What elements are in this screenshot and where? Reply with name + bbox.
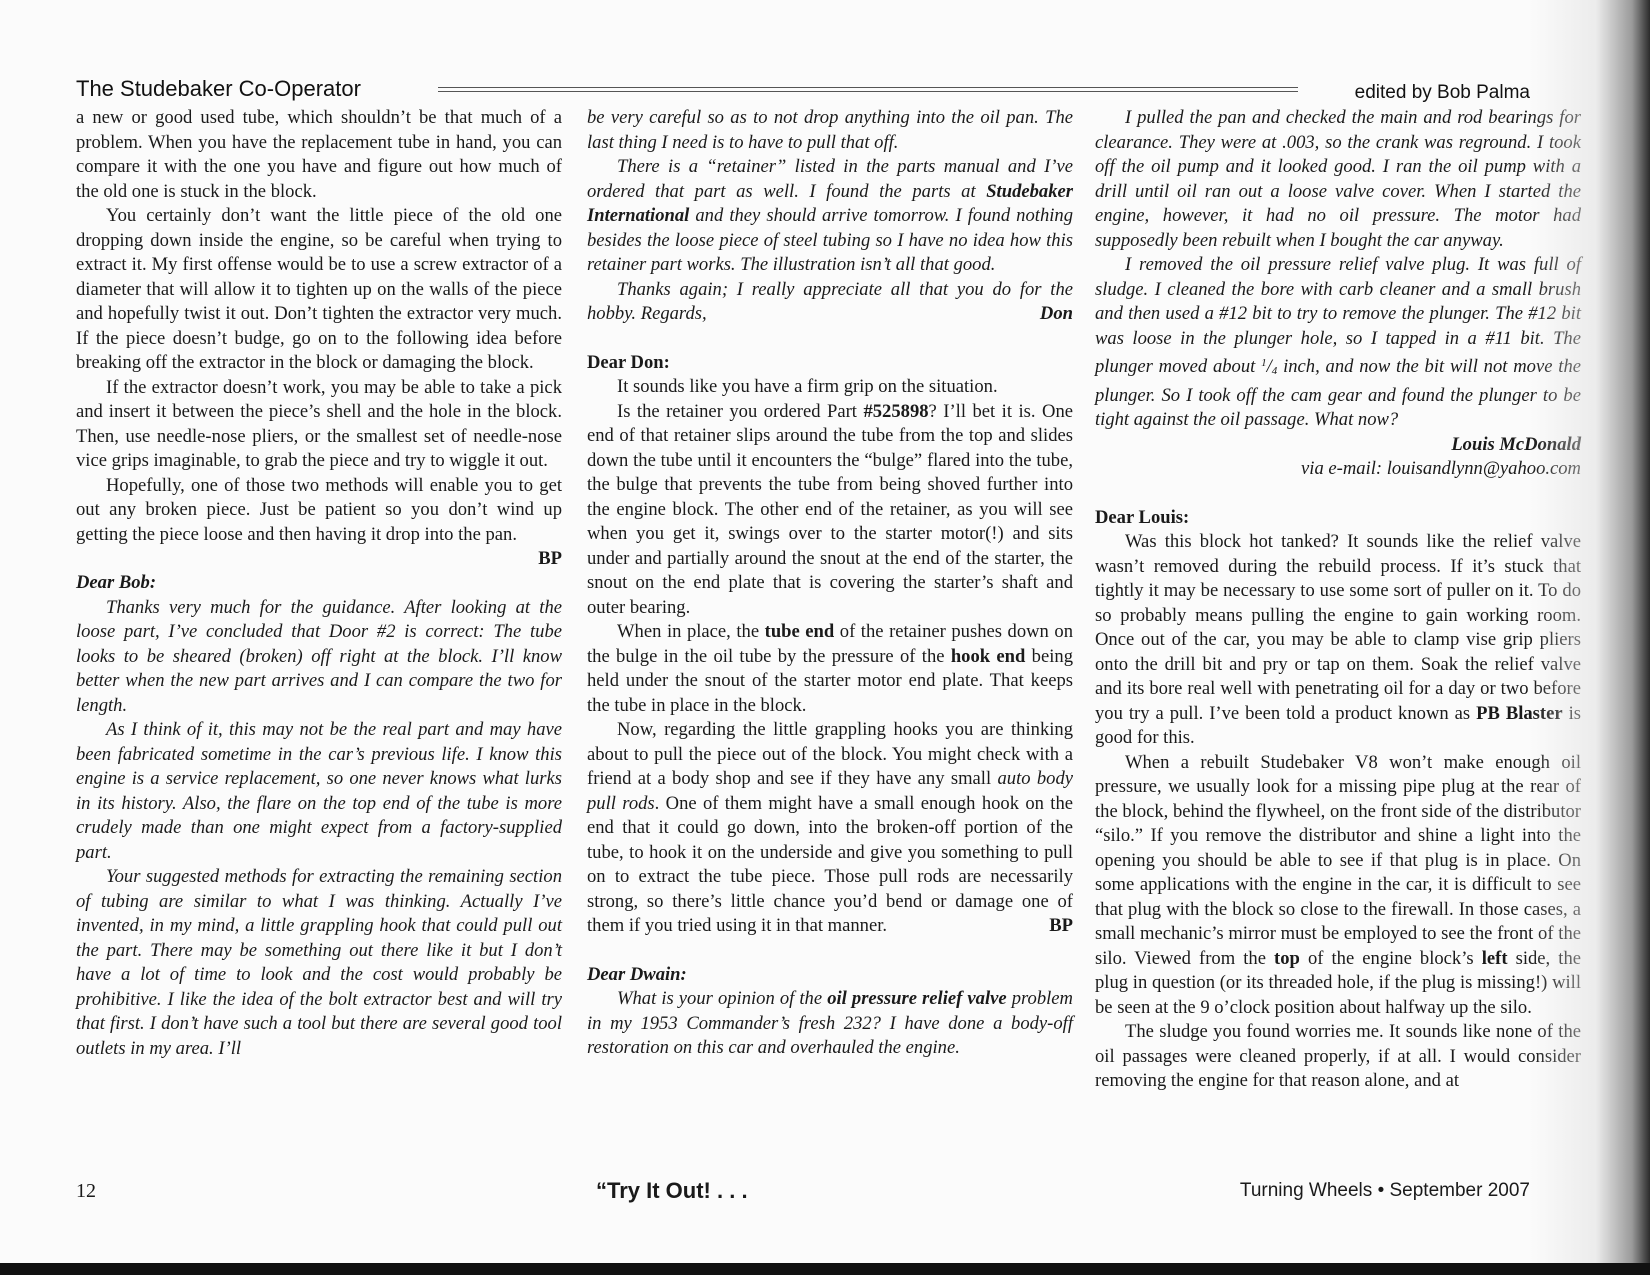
running-header: The Studebaker Co-Operator edited by Bob…: [76, 76, 1530, 106]
text-run: What is your opinion of the: [617, 988, 827, 1009]
text-run: . One of them might have a small enough …: [587, 793, 1073, 937]
letter-paragraph: Thanks again; I really appreciate all th…: [587, 278, 1073, 327]
column-1: a new or good used tube, which shouldn’t…: [76, 106, 562, 1061]
paragraph-text: Hopefully, one of those two methods will…: [76, 475, 562, 545]
paragraph: If the extractor doesn’t work, you may b…: [76, 376, 562, 474]
paragraph: Hopefully, one of those two methods will…: [76, 474, 562, 548]
letter-salutation: Dear Dwain:: [587, 963, 1073, 988]
letter-paragraph: Thanks very much for the guidance. After…: [76, 596, 562, 719]
reply-salutation: Dear Don:: [587, 351, 1073, 376]
paragraph: You certainly don’t want the little piec…: [76, 204, 562, 376]
emphasis: oil pressure relief valve: [827, 988, 1006, 1009]
letter-paragraph: be very careful so as to not drop anythi…: [587, 106, 1073, 155]
signature-don: Don: [1010, 302, 1073, 327]
text-run: When a rebuilt Studebaker V8 won’t make …: [1095, 752, 1581, 969]
scan-edge: [0, 1263, 1650, 1275]
text-run: Was this block hot tanked? It sounds lik…: [1095, 531, 1581, 724]
part-number: #525898: [863, 401, 928, 422]
issue-line: Turning Wheels • September 2007: [1240, 1180, 1530, 1202]
text-run: ? I’ll bet it is. One end of that retain…: [587, 401, 1073, 618]
signature-bp: BP: [508, 547, 562, 572]
magazine-name: Turning Wheels: [1240, 1180, 1372, 1201]
signature-bp: BP: [1019, 914, 1073, 939]
paragraph: When a rebuilt Studebaker V8 won’t make …: [1095, 751, 1581, 1021]
text-run: When in place, the: [617, 621, 765, 642]
email-line: via e-mail: louisandlynn@yahoo.com: [1095, 457, 1581, 482]
magazine-page: The Studebaker Co-Operator edited by Bob…: [0, 0, 1650, 1275]
column-3: I pulled the pan and checked the main an…: [1095, 106, 1581, 1094]
bullet-separator: •: [1378, 1180, 1385, 1201]
paragraph: Now, regarding the little grappling hook…: [587, 718, 1073, 939]
page-footer: 12 “Try It Out! . . . Turning Wheels • S…: [76, 1180, 1530, 1210]
editor-credit: edited by Bob Palma: [1355, 82, 1530, 104]
header-double-rule: [438, 87, 1298, 92]
letter-paragraph: Your suggested methods for extracting th…: [76, 865, 562, 1061]
issue-date: September 2007: [1390, 1180, 1531, 1201]
paragraph: a new or good used tube, which shouldn’t…: [76, 106, 562, 204]
text-run: of the engine block’s: [1300, 948, 1482, 969]
text-run: Is the retainer you ordered Part: [617, 401, 863, 422]
paragraph: Was this block hot tanked? It sounds lik…: [1095, 530, 1581, 751]
emphasis: left: [1482, 948, 1508, 969]
binding-shadow: [1530, 0, 1650, 1275]
letter-paragraph: There is a “retainer” listed in the part…: [587, 155, 1073, 278]
section-title: The Studebaker Co-Operator: [76, 76, 361, 102]
paragraph: The sludge you found worries me. It soun…: [1095, 1020, 1581, 1094]
letter-salutation: Dear Bob:: [76, 571, 562, 596]
fraction-numerator: 1: [1261, 357, 1267, 369]
letter-paragraph: I removed the oil pressure relief valve …: [1095, 253, 1581, 433]
paragraph: It sounds like you have a firm grip on t…: [587, 375, 1073, 400]
emphasis: top: [1274, 948, 1300, 969]
emphasis: hook end: [951, 646, 1026, 667]
footer-tagline: “Try It Out! . . .: [596, 1178, 748, 1204]
emphasis: tube end: [765, 621, 835, 642]
column-2: be very careful so as to not drop anythi…: [587, 106, 1073, 1061]
letter-paragraph: What is your opinion of the oil pressure…: [587, 987, 1073, 1061]
letter-paragraph: I pulled the pan and checked the main an…: [1095, 106, 1581, 253]
signature-louis: Louis McDonald: [1095, 433, 1581, 458]
text-run: Thanks again; I really appreciate all th…: [587, 279, 1073, 325]
paragraph: When in place, the tube end of the retai…: [587, 620, 1073, 718]
reply-salutation: Dear Louis:: [1095, 506, 1581, 531]
paragraph: Is the retainer you ordered Part #525898…: [587, 400, 1073, 621]
page-number: 12: [76, 1180, 96, 1203]
letter-paragraph: As I think of it, this may not be the re…: [76, 718, 562, 865]
